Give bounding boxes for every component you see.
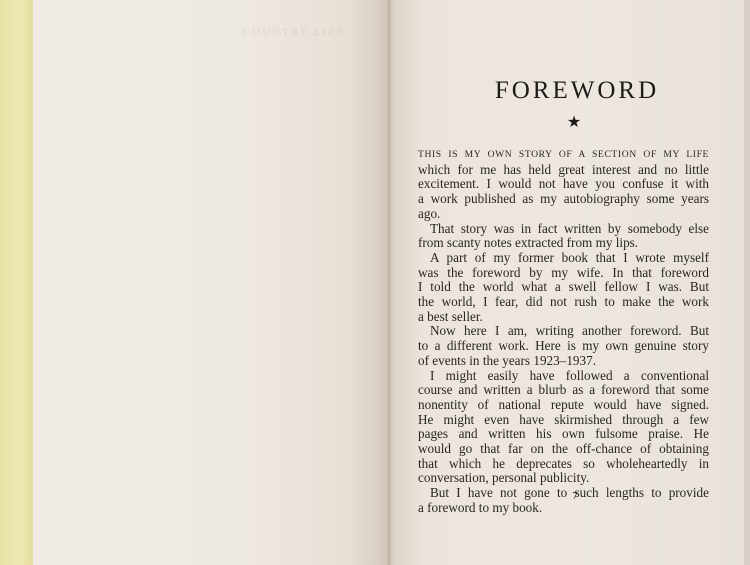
text-line: to a different work. Here is my own genu… [418,339,709,354]
text-line: that which he deprecates so wholehearted… [418,457,709,472]
text-line: was the foreword by my wife. In that for… [418,266,709,281]
show-through-text: COUNTRY LIFE [243,26,345,38]
left-page-blank: COUNTRY LIFE [33,0,391,565]
text-line: which for me has held great interest and… [418,163,709,178]
text-line: a best seller. [418,310,709,325]
right-page: FOREWORD ★ THIS IS MY OWN STORY OF A SEC… [396,0,750,565]
text-line: excitement. I would not have you confuse… [418,177,709,192]
foreword-body: THIS IS MY OWN STORY OF A SECTION OF MY … [418,148,709,516]
text-line: a work published as my autobiography som… [418,192,709,207]
text-line: a foreword to my book. [418,501,709,516]
text-line: nonentity of national repute would have … [418,398,709,413]
text-line: THIS IS MY OWN STORY OF A SECTION OF MY … [418,148,709,163]
page-number: 7 [396,490,750,502]
text-line: That story was in fact written by somebo… [418,222,709,237]
text-line: ago. [418,207,709,222]
text-line: He might even have skirmished through a … [418,413,709,428]
text-line: I might easily have followed a conventio… [418,369,709,384]
text-line: course and written a blurb as a foreword… [418,383,709,398]
text-line: would go that far on the off-chance of o… [418,442,709,457]
text-line: A part of my former book that I wrote my… [418,251,709,266]
page-edge-right [744,0,750,565]
text-line: of events in the years 1923–1937. [418,354,709,369]
text-line: from scanty notes extracted from my lips… [418,236,709,251]
text-line: Now here I am, writing another foreword.… [418,324,709,339]
text-line: I told the world what a swell fellow I w… [418,280,709,295]
text-line: conversation, personal publicity. [418,471,709,486]
book-edge-yellow [0,0,34,565]
chapter-title: FOREWORD [396,77,750,105]
star-icon: ★ [396,112,750,132]
text-line: pages and written his own fulsome praise… [418,427,709,442]
text-line: the world, I fear, did not rush to make … [418,295,709,310]
